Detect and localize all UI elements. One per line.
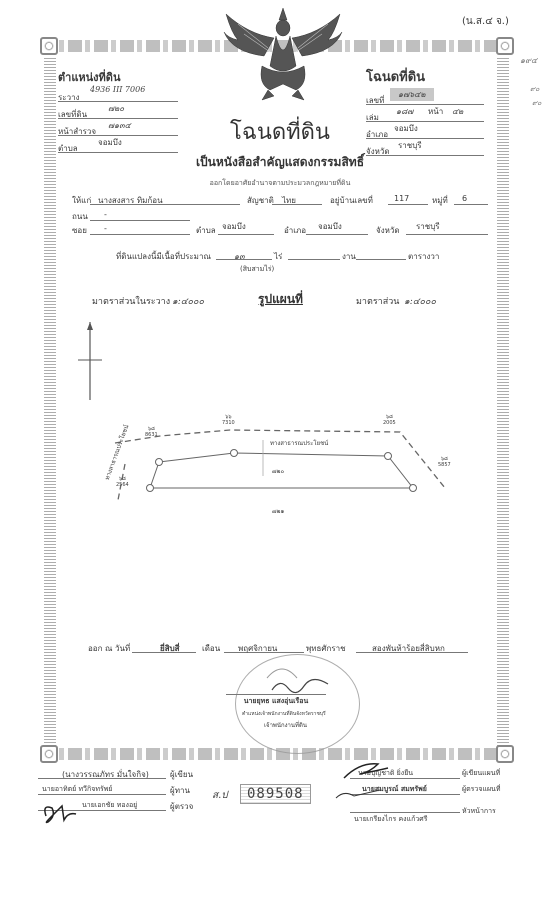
- serial-number: 089508: [240, 784, 311, 804]
- marker-4: ๖๘5857: [438, 456, 451, 468]
- map-checker-role: ผู้ตรวจแผนที่: [462, 784, 500, 795]
- owner-province-value: ราชบุรี: [416, 220, 440, 233]
- field-volume: เล่ม ๑๘๗ หน้า ๔๒: [366, 105, 484, 122]
- map-writer-signature: [340, 758, 390, 782]
- province-value: ราชบุรี: [398, 139, 422, 152]
- nationality-value: ไทย: [282, 194, 296, 207]
- owner-name: นางสงสาร ทิมก้อน: [98, 194, 163, 207]
- sheet-scale-label: มาตราส่วนในระวาง: [92, 294, 170, 308]
- issue-day: ยี่สิบสี่: [160, 642, 180, 655]
- marker-5: ๖๘2564: [116, 476, 129, 488]
- house-no-value: 117: [394, 194, 409, 203]
- checker-signature: [42, 802, 82, 826]
- map-writer-role: ผู้เขียนแผนที่: [462, 768, 500, 779]
- title-deed-fields: เลขที่ ๑๗๖๔๒ เล่ม ๑๘๗ หน้า ๔๒ อำเภอ จอมบ…: [366, 88, 484, 156]
- adjacent-parcel-label: ๗๒๑: [272, 506, 284, 516]
- corner-ornament-tl: [40, 37, 58, 55]
- land-location-fields: ระวาง 4936 III 7006 เลขที่ดิน ๗๒๐ หน้าสำ…: [58, 85, 178, 153]
- road-value: -: [104, 210, 107, 219]
- owner-amphoe-value: จอมบึง: [318, 220, 342, 233]
- area-text-note: (สิบสามไร่): [240, 264, 274, 275]
- left-border: [44, 58, 56, 748]
- form-code: (น.ส.๔ จ.): [462, 14, 509, 29]
- margin-note-1: ๑๙๔: [520, 54, 537, 67]
- field-tambon: ตำบล จอมบึง: [58, 136, 178, 153]
- deed-no-value: ๑๗๖๔๒: [390, 88, 434, 101]
- marker-1: ๖๘8631: [145, 426, 158, 438]
- document-authority: ออกโดยอาศัยอำนาจตามประมวลกฎหมายที่ดิน: [180, 178, 380, 189]
- officer-title-2: เจ้าพนักงานที่ดิน: [264, 720, 307, 730]
- field-amphoe: อำเภอ จอมบึง: [366, 122, 484, 139]
- field-survey-page: หน้าสำรวจ ๗๑๓๔: [58, 119, 178, 136]
- soi-row: ซอย - ตำบล จอมบึง อำเภอ จอมบึง จังหวัด ร…: [72, 224, 492, 238]
- issue-month: พฤศจิกายน: [238, 642, 277, 655]
- serial-prefix: ส.ป: [212, 788, 228, 803]
- map-scale-label: มาตราส่วน: [356, 294, 399, 308]
- map-scale-value: ๑:๔๐๐๐: [404, 294, 436, 308]
- marker-2: ๖๖7310: [222, 414, 235, 426]
- area-row: ที่ดินแปลงนี้มีเนื้อที่ประมาณ ๑๓ ไร่ งาน…: [116, 250, 436, 264]
- writer-row: (นางวรรณภัทร มั่นใจกิจ) ผู้เขียน: [38, 768, 208, 784]
- checker-role: ผู้ตรวจ: [170, 800, 193, 813]
- officer-title-1: ตำแหน่งเจ้าพนักงานที่ดินจังหวัดราชบุรี: [242, 710, 326, 718]
- corner-ornament-tr: [496, 37, 514, 55]
- chief-name: นายเกรียงไกร คงแก้วศรี: [354, 814, 427, 825]
- right-border: [497, 58, 509, 748]
- marker-3: ๖๘2005: [383, 414, 396, 426]
- land-location-title: ตำแหน่งที่ดิน: [58, 66, 120, 86]
- corner-ornament-br: [496, 745, 514, 763]
- tambon-value: จอมบึง: [98, 136, 122, 149]
- sheet-scale-value: ๑:๔๐๐๐: [172, 294, 204, 308]
- top-road-label: ทางสาธารณประโยชน์: [270, 438, 328, 448]
- officer-signature: [270, 676, 330, 696]
- reviewer-row: นายอาทิตย์ ทวีกิจทรัพย์ ผู้ทาน: [38, 784, 208, 800]
- margin-note-3: ๙๐: [532, 98, 541, 109]
- field-province: จังหวัด ราชบุรี: [366, 139, 484, 156]
- parcel-number-label: ๗๒๐: [272, 466, 284, 476]
- title-deed-header: โฉนดที่ดิน: [366, 66, 425, 87]
- moo-value: 6: [462, 194, 467, 203]
- reviewer-role: ผู้ทาน: [170, 784, 190, 797]
- owner-row: ให้แก่ นางสงสาร ทิมก้อน สัญชาติ ไทย อยู่…: [72, 194, 492, 208]
- document-title-block: โฉนดที่ดิน เป็นหนังสือสำคัญแสดงกรรมสิทธิ…: [180, 114, 380, 189]
- map-checker-signature: [334, 786, 384, 802]
- garuda-emblem-icon: [218, 4, 348, 104]
- writer-name: (นางวรรณภัทร มั่นใจกิจ): [62, 768, 149, 781]
- soi-value: -: [104, 224, 107, 233]
- field-land-no: เลขที่ดิน ๗๒๐: [58, 102, 178, 119]
- document-subtitle: เป็นหนังสือสำคัญแสดงกรรมสิทธิ์: [180, 153, 380, 172]
- document-title: โฉนดที่ดิน: [180, 114, 380, 149]
- owner-tambon-value: จอมบึง: [222, 220, 246, 233]
- issue-year: สองพันห้าร้อยสี่สิบหก: [372, 642, 445, 655]
- volume-value: ๑๘๗: [396, 105, 413, 118]
- north-arrow-icon: [70, 322, 110, 402]
- area-rai-value: ๑๓: [234, 250, 245, 263]
- corner-ornament-bl: [40, 745, 58, 763]
- chief-row: นายเกรียงไกร คงแก้วศรี หัวหน้าการ: [350, 806, 520, 826]
- amphoe-value: จอมบึง: [394, 122, 418, 135]
- officer-block: นายยุทธ แสงอุ่นเรือน: [226, 694, 326, 707]
- chief-role: หัวหน้าการ: [462, 806, 496, 817]
- land-no-value: ๗๒๐: [108, 102, 124, 115]
- writer-role: ผู้เขียน: [170, 768, 193, 781]
- page-value: ๔๒: [452, 105, 463, 118]
- survey-page-value: ๗๑๓๔: [108, 119, 131, 132]
- officer-name: นายยุทธ แสงอุ่นเรือน: [226, 696, 326, 707]
- field-deed-no: เลขที่ ๑๗๖๔๒: [366, 88, 484, 105]
- margin-note-2: ๙๐: [530, 84, 539, 95]
- map-sheet-value: 4936 III 7006: [90, 85, 145, 94]
- field-map-sheet: ระวาง 4936 III 7006: [58, 85, 178, 102]
- map-title: รูปแผนที่: [258, 290, 303, 309]
